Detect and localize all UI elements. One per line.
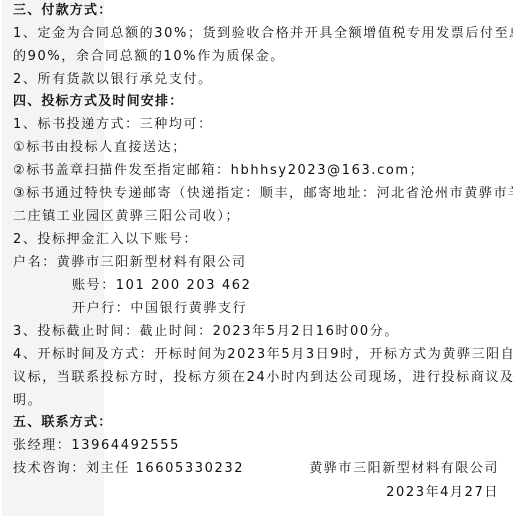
account-name: 户名：黄骅市三阳新型材料有限公司: [13, 255, 247, 271]
bank-name: 开户行：中国银行黄骅支行: [72, 301, 247, 317]
bid-opening-line1: 4、开标时间及方式：开标时间为2023年5月3日9时，开标方式为黄骅三阳自行: [13, 347, 513, 363]
section4-heading: 四、投标方式及时间安排：: [13, 94, 183, 110]
payment-item1-line1: 1、定金为合同总额的30%；货到验收合格并开具全额增值税专用发票后付至总额: [13, 26, 513, 42]
contact-technical: 技术咨询：刘主任 16605330232: [13, 461, 244, 477]
bid-option-3-line1: ③标书通过特快专递邮寄（快递指定：顺丰，邮寄地址：河北省沧州市黄骅市羊: [13, 186, 513, 202]
bid-option-1: ①标书由投标人直接送达；: [13, 140, 187, 156]
signature-date: 2023年4月27日: [386, 485, 499, 501]
account-number: 账号：101 200 203 462: [72, 278, 251, 294]
bid-opening-line2: 议标，当联系投标方时，投标方须在24小时内到达公司现场，进行投标商议及说: [13, 370, 513, 386]
bid-opening-line3: 明。: [13, 393, 42, 409]
section5-heading: 五、联系方式：: [13, 415, 112, 431]
signature-company: 黄骅市三阳新型材料有限公司: [309, 461, 499, 477]
bid-option-3-line2: 二庄镇工业园区黄骅三阳公司收）；: [13, 209, 240, 225]
bid-deadline: 3、投标截止时间：截止时间：2023年5月2日16时00分。: [13, 324, 399, 340]
bid-delivery-methods: 1、标书投递方式：三种均可：: [13, 117, 213, 133]
deposit-instructions: 2、投标押金汇入以下账号：: [13, 232, 198, 248]
section3-heading: 三、付款方式：: [13, 3, 112, 19]
payment-item1-line2: 的90%，余合同总额的10%作为质保金。: [13, 49, 285, 65]
payment-item2: 2、所有货款以银行承兑支付。: [13, 72, 213, 88]
bid-option-2-email: ②标书盖章扫描件发至指定邮箱：hbhhsy2023@163.com；: [13, 163, 424, 179]
contact-manager: 张经理：13964492555: [13, 438, 180, 454]
